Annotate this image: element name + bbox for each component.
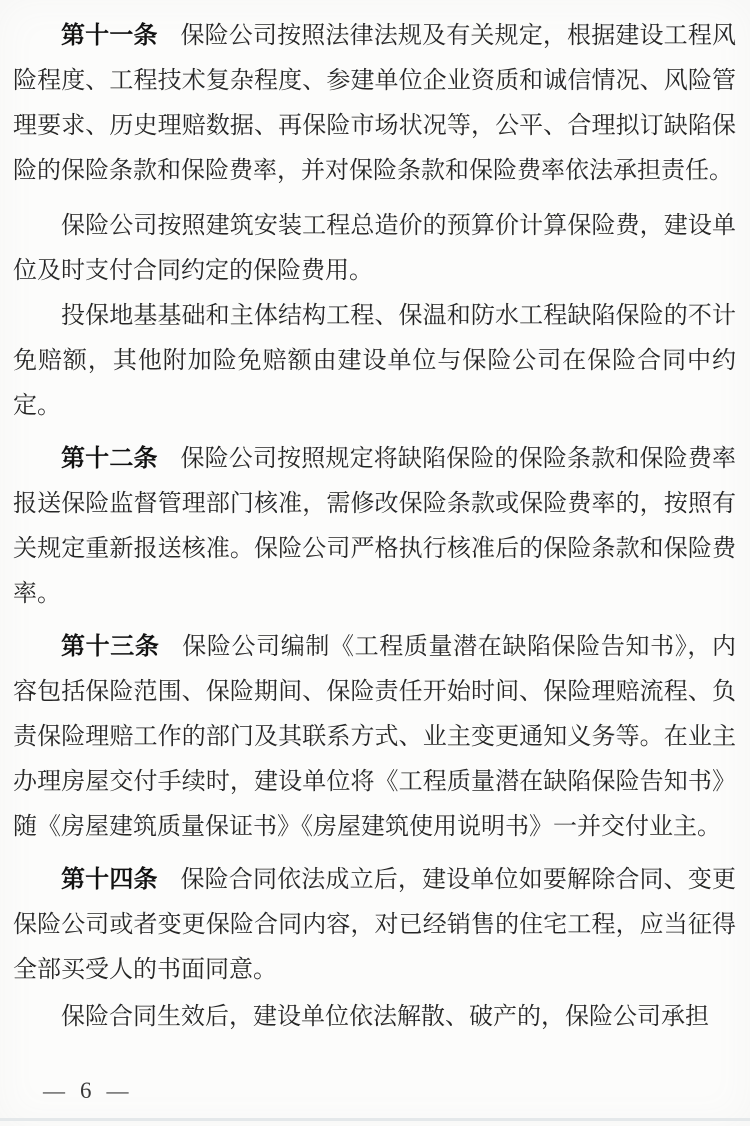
- document-body: 第十一条保险公司按照法律法规及有关规定，根据建设工程风险程度、工程技术复杂程度、…: [13, 14, 736, 1040]
- paragraph-premium-calculation: 保险公司按照建筑安装工程总造价的预算价计算保险费，建设单位及时支付合同约定的保险…: [13, 204, 736, 294]
- footer-right-dash: —: [107, 1078, 129, 1104]
- paragraph-text: 保险合同生效后，建设单位依法解散、破产的，保险公司承担: [61, 1004, 709, 1030]
- paragraph-text: 保险公司编制《工程质量潜在缺陷保险告知书》，内容包括保险范围、保险期间、保险责任…: [13, 634, 736, 840]
- page-footer: — 6 —: [43, 1078, 129, 1104]
- paragraph-article-14: 第十四条保险合同依法成立后，建设单位如要解除合同、变更保险公司或者变更保险合同内…: [13, 858, 736, 993]
- article-12-number: 第十二条: [61, 446, 158, 472]
- page-number: 6: [80, 1078, 92, 1104]
- article-13-number: 第十三条: [61, 634, 160, 660]
- paragraph-text: 投保地基基础和主体结构工程、保温和防水工程缺陷保险的不计免赔额，其他附加险免赔额…: [13, 303, 736, 419]
- footer-left-dash: —: [43, 1078, 65, 1104]
- article-11-number: 第十一条: [61, 23, 158, 49]
- paragraph-article-13: 第十三条保险公司编制《工程质量潜在缺陷保险告知书》，内容包括保险范围、保险期间、…: [13, 625, 736, 850]
- document-page: 第十一条保险公司按照法律法规及有关规定，根据建设工程风险程度、工程技术复杂程度、…: [0, 0, 750, 1126]
- paragraph-article-12: 第十二条保险公司按照规定将缺陷保险的保险条款和保险费率报送保险监督管理部门核准，…: [13, 437, 736, 617]
- paragraph-deductible: 投保地基基础和主体结构工程、保温和防水工程缺陷保险的不计免赔额，其他附加险免赔额…: [13, 294, 736, 429]
- article-14-number: 第十四条: [61, 867, 158, 893]
- paragraph-contract-effective: 保险合同生效后，建设单位依法解散、破产的，保险公司承担: [13, 995, 736, 1040]
- scan-edge-line: [0, 1118, 750, 1121]
- paragraph-text: 保险公司按照建筑安装工程总造价的预算价计算保险费，建设单位及时支付合同约定的保险…: [13, 213, 736, 284]
- paragraph-article-11: 第十一条保险公司按照法律法规及有关规定，根据建设工程风险程度、工程技术复杂程度、…: [13, 14, 736, 194]
